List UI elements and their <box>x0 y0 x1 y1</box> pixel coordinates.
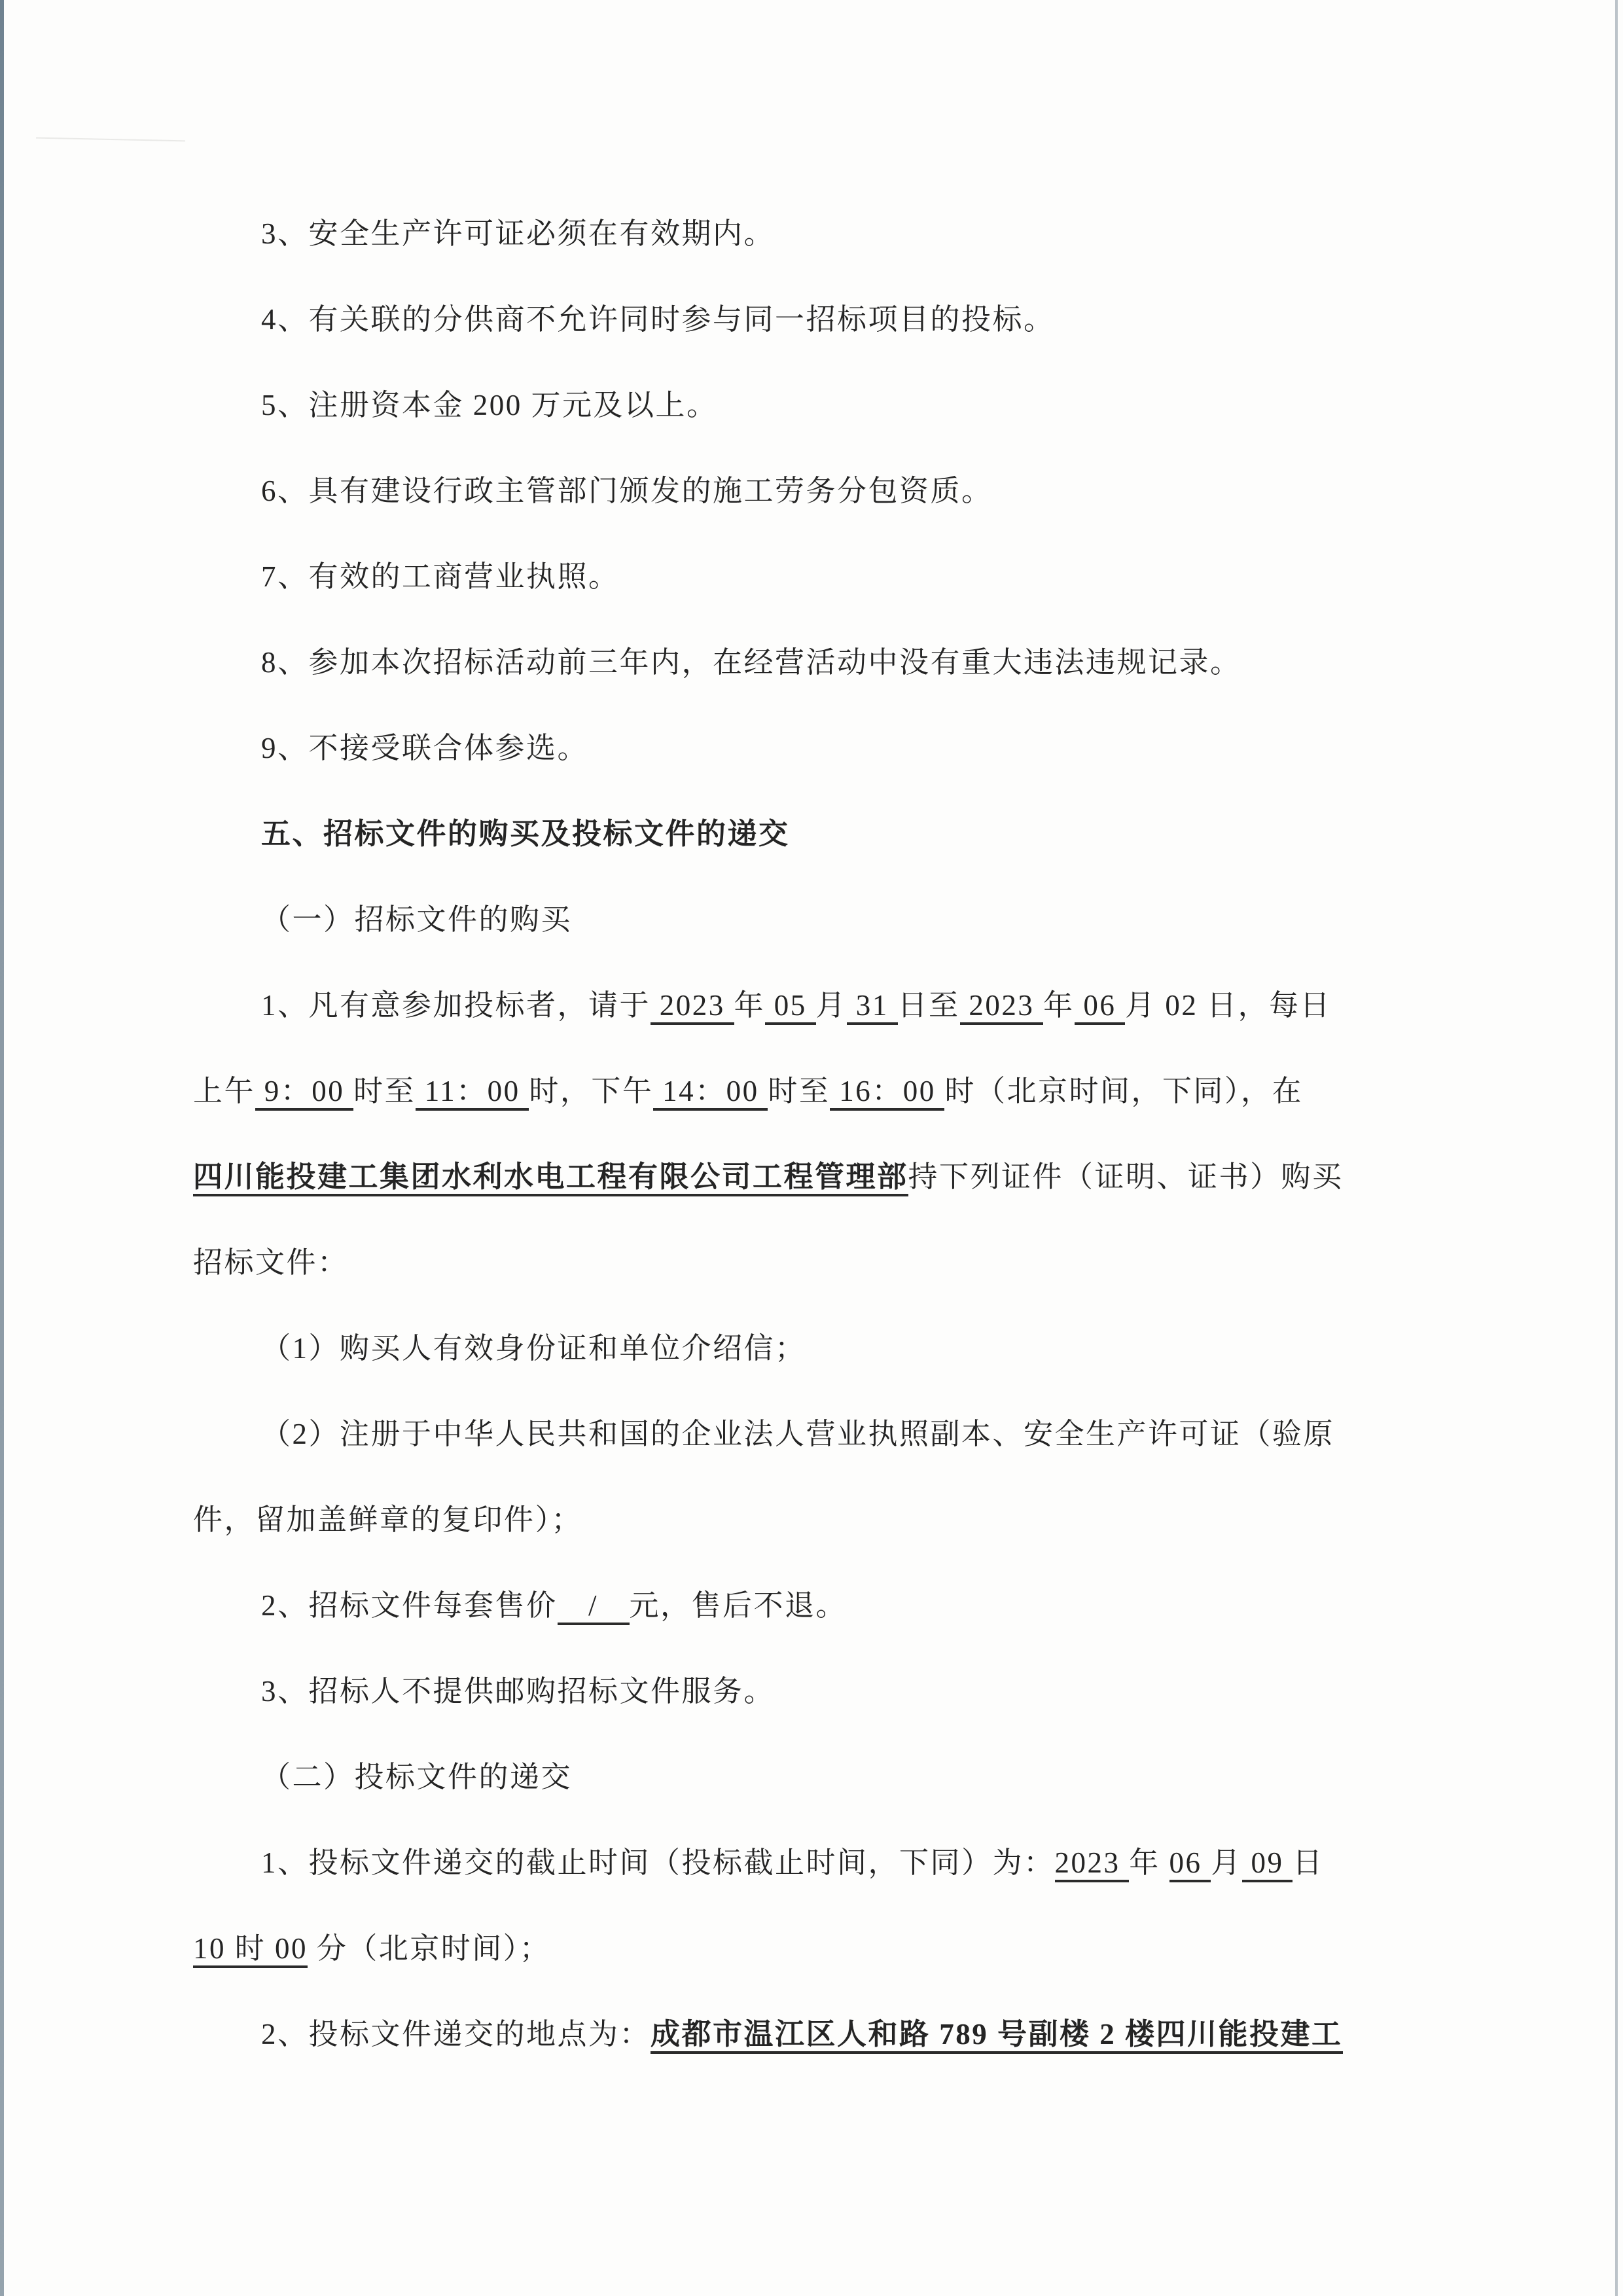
text-segment: 时至 <box>768 1075 830 1107</box>
text-segment: 05 <box>765 989 816 1025</box>
text-segment: 3、安全生产许可证必须在有效期内。 <box>261 217 775 250</box>
paragraph-line: 上午 9：00 时至 11：00 时，下午 14：00 时至 16：00 时（北… <box>193 1049 1436 1134</box>
paragraph-line: 招标文件： <box>193 1220 1436 1306</box>
text-segment: 上午 <box>193 1075 255 1107</box>
paragraph-line: （二）投标文件的递交 <box>193 1734 1436 1820</box>
text-segment: 09 <box>1242 1846 1293 1882</box>
text-segment: 招标文件： <box>193 1246 349 1279</box>
text-segment: （二）投标文件的递交 <box>261 1761 572 1793</box>
text-segment: / <box>558 1589 630 1625</box>
text-segment: 3、招标人不提供邮购招标文件服务。 <box>261 1675 775 1708</box>
paragraph-line: 3、安全生产许可证必须在有效期内。 <box>193 191 1436 277</box>
paragraph-line: 件，留加盖鲜章的复印件）； <box>193 1477 1436 1563</box>
text-segment: 2、招标文件每套售价 <box>261 1589 558 1622</box>
text-segment: 分（北京时间）； <box>308 1932 550 1965</box>
text-segment: 年 <box>1043 989 1075 1022</box>
text-segment: 时至 <box>353 1075 416 1107</box>
scan-left-edge-line <box>0 0 4 2296</box>
paragraph-line: （一）招标文件的购买 <box>193 877 1436 963</box>
text-segment: 9：00 <box>255 1075 353 1111</box>
paragraph-line: 4、有关联的分供商不允许同时参与同一招标项目的投标。 <box>193 277 1436 363</box>
text-segment: 2023 <box>651 989 734 1025</box>
text-segment: 6、具有建设行政主管部门颁发的施工劳务分包资质。 <box>261 475 993 507</box>
scanned-document-page: 3、安全生产许可证必须在有效期内。4、有关联的分供商不允许同时参与同一招标项目的… <box>0 0 1623 2296</box>
paragraph-line: （2）注册于中华人民共和国的企业法人营业执照副本、安全生产许可证（验原 <box>193 1391 1436 1477</box>
text-segment: 31 <box>847 989 898 1025</box>
text-segment: 9、不接受联合体参选。 <box>261 732 588 764</box>
text-segment: 2023 <box>1055 1846 1130 1882</box>
paragraph-line: 1、凡有意参加投标者，请于 2023 年 05 月 31 日至 2023 年 0… <box>193 963 1436 1049</box>
text-segment: 1、凡有意参加投标者，请于 <box>261 989 651 1022</box>
text-segment: 日 <box>1293 1846 1324 1879</box>
text-segment: 4、有关联的分供商不允许同时参与同一招标项目的投标。 <box>261 303 1055 336</box>
text-segment: 月 <box>1211 1846 1242 1879</box>
text-segment: 10 时 00 <box>193 1932 308 1968</box>
text-segment: 11：00 <box>416 1075 529 1111</box>
text-segment: 件，留加盖鲜章的复印件）； <box>193 1503 582 1536</box>
paragraph-line: 3、招标人不提供邮购招标文件服务。 <box>193 1649 1436 1734</box>
paragraph-line: 7、有效的工商营业执照。 <box>193 534 1436 620</box>
text-segment: 06 <box>1075 989 1126 1025</box>
text-segment: 5、注册资本金 200 万元及以上。 <box>261 389 718 422</box>
text-segment: 持下列证件（证明、证书）购买 <box>908 1160 1344 1193</box>
text-segment: 06 <box>1169 1846 1211 1882</box>
text-segment: 年 <box>1129 1846 1169 1879</box>
text-segment: 年 <box>734 989 766 1022</box>
text-segment: 时（北京时间，下同），在 <box>944 1075 1303 1107</box>
paragraph-line: 8、参加本次招标活动前三年内，在经营活动中没有重大违法违规记录。 <box>193 620 1436 706</box>
text-segment: 元，售后不退。 <box>630 1589 847 1622</box>
text-segment: 时，下午 <box>529 1075 653 1107</box>
text-segment: （一）招标文件的购买 <box>261 903 572 936</box>
paragraph-line: 6、具有建设行政主管部门颁发的施工劳务分包资质。 <box>193 448 1436 534</box>
document-lines: 3、安全生产许可证必须在有效期内。4、有关联的分供商不允许同时参与同一招标项目的… <box>193 191 1436 2077</box>
paragraph-line: 5、注册资本金 200 万元及以上。 <box>193 363 1436 448</box>
text-segment: 2023 <box>960 989 1044 1025</box>
text-segment: （2）注册于中华人民共和国的企业法人营业执照副本、安全生产许可证（验原 <box>261 1418 1334 1450</box>
text-segment: 7、有效的工商营业执照。 <box>261 560 620 593</box>
text-segment: 日至 <box>898 989 960 1022</box>
text-segment: 五、招标文件的购买及投标文件的递交 <box>261 817 790 850</box>
text-segment: 16：00 <box>830 1075 944 1111</box>
text-segment: 月 <box>816 989 847 1022</box>
text-segment: 14：00 <box>653 1075 768 1111</box>
paragraph-line: 四川能投建工集团水利水电工程有限公司工程管理部持下列证件（证明、证书）购买 <box>193 1134 1436 1220</box>
paragraph-line: 9、不接受联合体参选。 <box>193 706 1436 791</box>
text-segment: 1、投标文件递交的截止时间（投标截止时间，下同）为： <box>261 1846 1055 1879</box>
paragraph-line: 1、投标文件递交的截止时间（投标截止时间，下同）为：2023 年 06 月 09… <box>193 1820 1436 1906</box>
paragraph-line: 五、招标文件的购买及投标文件的递交 <box>193 791 1436 877</box>
text-segment: 8、参加本次招标活动前三年内，在经营活动中没有重大违法违规记录。 <box>261 646 1241 679</box>
text-segment: 四川能投建工集团水利水电工程有限公司工程管理部 <box>193 1160 908 1196</box>
scan-crease-mark <box>36 137 185 142</box>
text-segment: 2、投标文件递交的地点为： <box>261 2018 651 2051</box>
paragraph-line: （1）购买人有效身份证和单位介绍信； <box>193 1306 1436 1391</box>
paragraph-line: 10 时 00 分（北京时间）； <box>193 1906 1436 1992</box>
text-segment: 月 02 日，每日 <box>1125 989 1331 1022</box>
paragraph-line: 2、投标文件递交的地点为：成都市温江区人和路 789 号副楼 2 楼四川能投建工 <box>193 1992 1436 2077</box>
paragraph-line: 2、招标文件每套售价 / 元，售后不退。 <box>193 1563 1436 1649</box>
text-segment: 成都市温江区人和路 789 号副楼 2 楼四川能投建工 <box>651 2018 1343 2054</box>
scan-right-edge-line <box>1615 0 1618 2296</box>
text-segment: （1）购买人有效身份证和单位介绍信； <box>261 1332 806 1365</box>
